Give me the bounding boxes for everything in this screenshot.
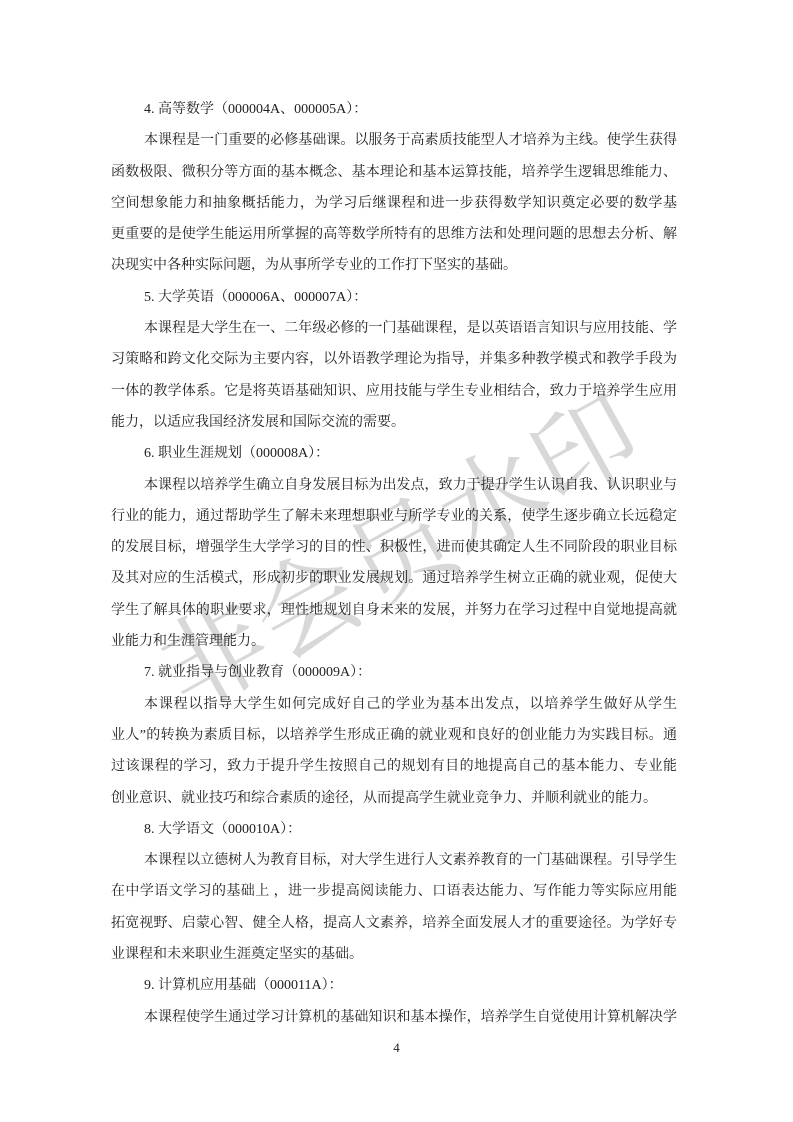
paragraph-line: 学生了解具体的职业要求，理性地规划自身未来的发展，并努力在学习过程中自觉地提高就: [111, 595, 677, 626]
paragraph-line: 函数极限、微积分等方面的基本概念、基本理论和基本运算技能，培养学生逻辑思维能力、: [111, 157, 677, 188]
paragraph-line: 习策略和跨文化交际为主要内容，以外语教学理论为指导，并集多种教学模式和教学手段为: [111, 344, 677, 375]
document-body: 4. 高等数学（000004A、000005A）：本课程是一门重要的必修基础课。…: [111, 94, 677, 1033]
paragraph-line: 本课程是大学生在一、二年级必修的一门基础课程，是以英语语言知识与应用技能、学: [111, 313, 677, 344]
paragraph-line: 业人”的转换为素质目标，以培养学生形成正确的就业观和良好的创业能力为实践目标。通: [111, 720, 677, 751]
section-heading: 5. 大学英语（000006A、000007A）：: [111, 282, 677, 313]
document-page: 非会员水印 4. 高等数学（000004A、000005A）：本课程是一门重要的…: [0, 0, 793, 1122]
section-heading: 8. 大学语文（000010A）：: [111, 814, 677, 845]
paragraph-line: 本课程使学生通过学习计算机的基础知识和基本操作，培养学生自觉使用计算机解决学: [111, 1002, 677, 1033]
paragraph-line: 本课程以培养学生确立自身发展目标为出发点，致力于提升学生认识自我、认识职业与: [111, 470, 677, 501]
page-number: 4: [0, 1038, 793, 1058]
paragraph-line: 更重要的是使学生能运用所掌握的高等数学所特有的思维方法和处理问题的思想去分析、解: [111, 219, 677, 250]
section-heading: 6. 职业生涯规划（000008A）：: [111, 438, 677, 469]
paragraph-line: 行业的能力，通过帮助学生了解未来理想职业与所学专业的关系，使学生逐步确立长远稳定: [111, 501, 677, 532]
paragraph-line: 及其对应的生活模式，形成初步的职业发展规划。通过培养学生树立正确的就业观，促使大: [111, 563, 677, 594]
section-heading: 9. 计算机应用基础（000011A）：: [111, 970, 677, 1001]
paragraph-line: 创业意识、就业技巧和综合素质的途径，从而提高学生就业竞争力、并顺利就业的能力。: [111, 783, 677, 814]
paragraph-line: 过该课程的学习，致力于提升学生按照自己的规划有目的地提高自己的基本能力、专业能力…: [111, 751, 677, 782]
paragraph-line: 本课程以立德树人为教育目标，对大学生进行人文素养教育的一门基础课程。引导学生: [111, 845, 677, 876]
paragraph-line: 决现实中各种实际问题，为从事所学专业的工作打下坚实的基础。: [111, 250, 677, 281]
paragraph-line: 一体的教学体系。它是将英语基础知识、应用技能与学生专业相结合，致力于培养学生应用: [111, 376, 677, 407]
paragraph-line: 拓宽视野、启蒙心智、健全人格，提高人文素养，培养全面发展人才的重要途径。为学好专: [111, 908, 677, 939]
paragraph-line: 业课程和未来职业生涯奠定坚实的基础。: [111, 939, 677, 970]
section-heading: 7. 就业指导与创业教育（000009A）：: [111, 657, 677, 688]
paragraph-line: 空间想象能力和抽象概括能力，为学习后继课程和进一步获得数学知识奠定必要的数学基础…: [111, 188, 677, 219]
paragraph-line: 本课程以指导大学生如何完成好自己的学业为基本出发点，以培养学生做好从学生到“职: [111, 689, 677, 720]
paragraph-line: 业能力和生涯管理能力。: [111, 626, 677, 657]
paragraph-line: 在中学语文学习的基础上 ，进一步提高阅读能力、口语表达能力、写作能力等实际应用能…: [111, 876, 677, 907]
paragraph-line: 能力，以适应我国经济发展和国际交流的需要。: [111, 407, 677, 438]
paragraph-line: 的发展目标，增强学生大学学习的目的性、积极性，进而使其确定人生不同阶段的职业目标: [111, 532, 677, 563]
paragraph-line: 本课程是一门重要的必修基础课。以服务于高素质技能型人才培养为主线。使学生获得: [111, 125, 677, 156]
section-heading: 4. 高等数学（000004A、000005A）：: [111, 94, 677, 125]
